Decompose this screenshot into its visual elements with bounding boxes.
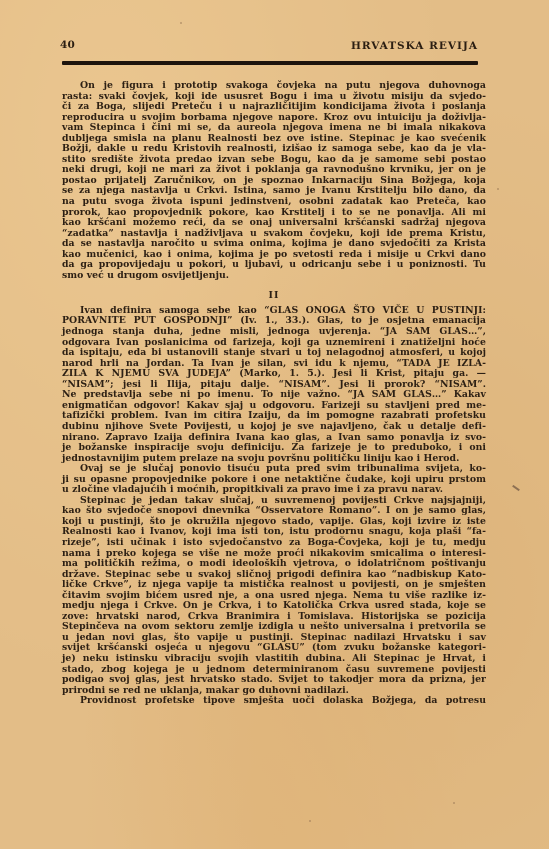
text-line: Providnost profetske tipove smješta uoči…: [62, 696, 486, 707]
article-body: On je figura i prototip svakoga čovjeka …: [62, 81, 486, 707]
text-line: jednoga stanja duha, jedne misli, jednog…: [62, 327, 486, 338]
page-number: 40: [60, 39, 75, 51]
paragraph-tribunali: Ovaj se je slučaj ponovio tisuću puta pr…: [62, 464, 486, 496]
text-line: smo već u drugom osvijetljenju.: [62, 271, 486, 282]
paper-speck: [180, 22, 182, 24]
paragraph-providnost: Providnost profetske tipove smješta uoči…: [62, 696, 486, 707]
paper-speck: [497, 188, 499, 190]
section-heading: II: [62, 291, 486, 302]
text-line: na putu svoga života ispuni jedinstveni,…: [62, 197, 486, 208]
text-line: je božanske inspiracije svoju definiciju…: [62, 443, 486, 454]
paragraph-ivan-glas: Ivan definira samoga sebe kao “GLAS ONOG…: [62, 306, 486, 464]
text-line: On je figura i prototip svakoga čovjeka …: [62, 81, 486, 92]
header-rule: [62, 61, 478, 65]
margin-pencil-mark: [512, 485, 520, 491]
text-line: je) neku istinsku vibraciju svojih vlast…: [62, 654, 486, 665]
text-line: dubinu njihove Svete Povijesti, u kojoj …: [62, 422, 486, 433]
paper-speck: [453, 802, 455, 804]
running-head: 40 HRVATSKA REVIJA: [60, 39, 478, 53]
text-line: rizeje”, isti učinak i isto svjedočanstv…: [62, 538, 486, 549]
journal-title: HRVATSKA REVIJA: [351, 40, 478, 52]
paragraph-stepinac: Stepinac je jedan takav slučaj, u suvrem…: [62, 496, 486, 696]
scanned-page: 40 HRVATSKA REVIJA On je figura i protot…: [0, 0, 549, 849]
paragraph-section-1: On je figura i prototip svakoga čovjeka …: [62, 81, 486, 281]
paper-speck: [309, 820, 311, 822]
